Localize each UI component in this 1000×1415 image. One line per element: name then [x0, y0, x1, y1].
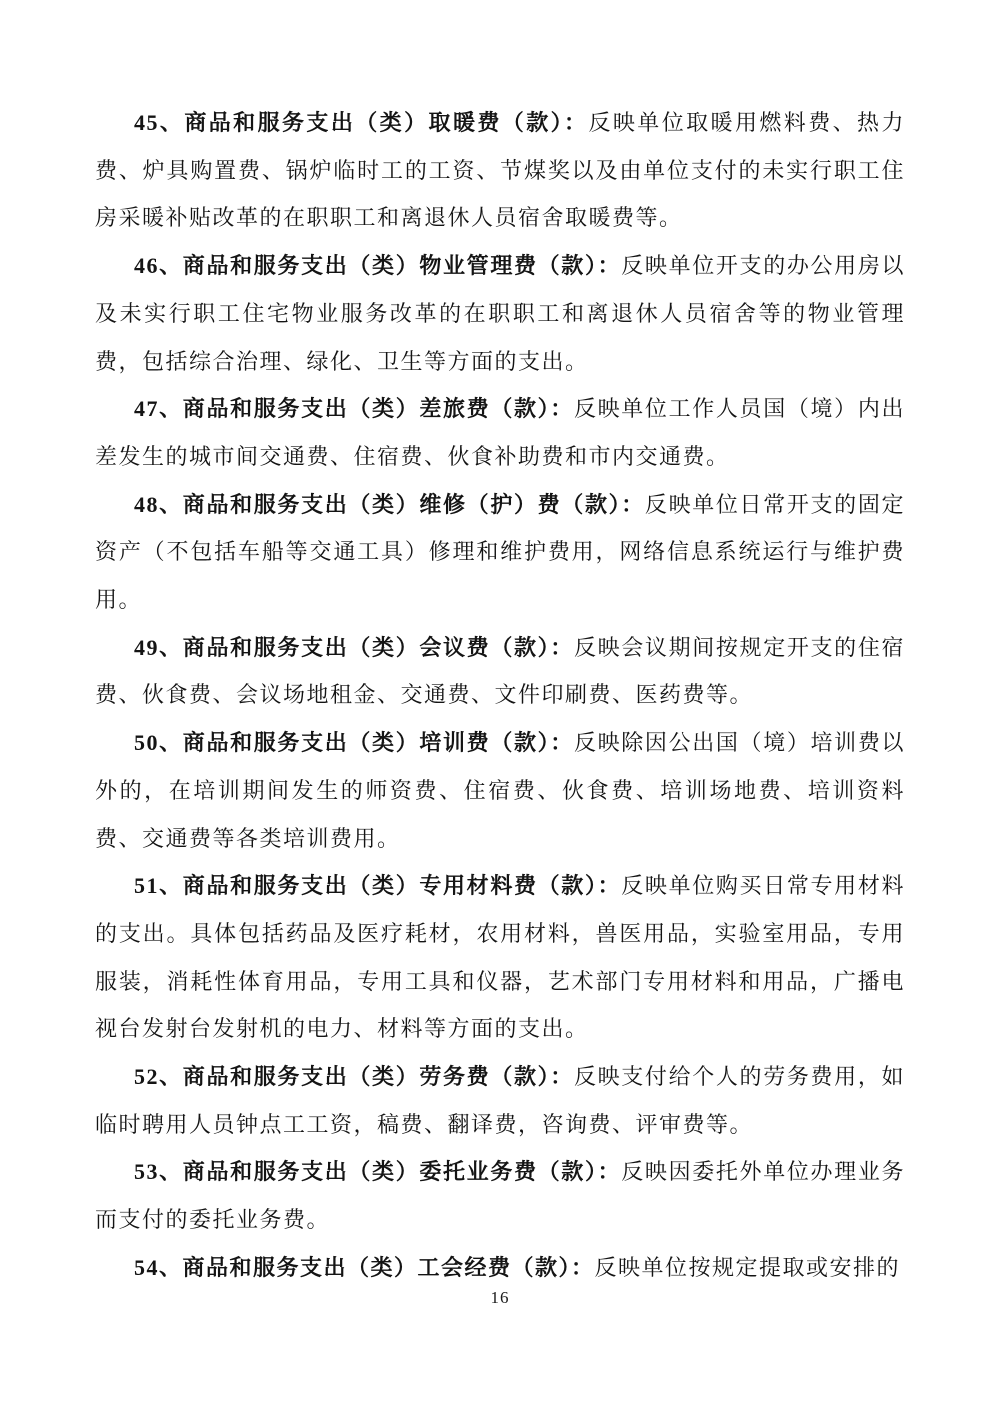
paragraph-item-45: 45、商品和服务支出（类）取暖费（款）：反映单位取暖用燃料费、热力费、炉具购置费… — [95, 99, 905, 242]
document-body: 45、商品和服务支出（类）取暖费（款）：反映单位取暖用燃料费、热力费、炉具购置费… — [95, 99, 905, 1292]
paragraph-body: 反映单位按规定提取或安排的 — [595, 1255, 901, 1280]
paragraph-item-46: 46、商品和服务支出（类）物业管理费（款）：反映单位开支的办公用房以及未实行职工… — [95, 242, 905, 385]
paragraph-heading: 48、商品和服务支出（类）维修（护）费（款）： — [134, 492, 645, 517]
paragraph-heading: 45、商品和服务支出（类）取暖费（款）： — [134, 110, 588, 135]
document-page: 45、商品和服务支出（类）取暖费（款）：反映单位取暖用燃料费、热力费、炉具购置费… — [0, 0, 1000, 1415]
paragraph-heading: 50、商品和服务支出（类）培训费（款）： — [134, 730, 574, 755]
paragraph-item-47: 47、商品和服务支出（类）差旅费（款）：反映单位工作人员国（境）内出差发生的城市… — [95, 385, 905, 480]
paragraph-heading: 54、商品和服务支出（类）工会经费（款）： — [134, 1255, 595, 1280]
paragraph-item-51: 51、商品和服务支出（类）专用材料费（款）：反映单位购买日常专用材料的支出。具体… — [95, 862, 905, 1053]
paragraph-item-48: 48、商品和服务支出（类）维修（护）费（款）：反映单位日常开支的固定资产（不包括… — [95, 481, 905, 624]
paragraph-heading: 47、商品和服务支出（类）差旅费（款）： — [134, 396, 574, 421]
paragraph-heading: 52、商品和服务支出（类）劳务费（款）： — [134, 1064, 574, 1089]
paragraph-item-54: 54、商品和服务支出（类）工会经费（款）：反映单位按规定提取或安排的 — [95, 1244, 905, 1292]
paragraph-body: 反映单位购买日常专用材料的支出。具体包括药品及医疗耗材，农用材料，兽医用品，实验… — [95, 873, 905, 1041]
paragraph-heading: 51、商品和服务支出（类）专用材料费（款）： — [134, 873, 621, 898]
paragraph-item-50: 50、商品和服务支出（类）培训费（款）：反映除因公出国（境）培训费以外的，在培训… — [95, 719, 905, 862]
paragraph-heading: 46、商品和服务支出（类）物业管理费（款）： — [134, 253, 621, 278]
paragraph-item-52: 52、商品和服务支出（类）劳务费（款）：反映支付给个人的劳务费用，如临时聘用人员… — [95, 1053, 905, 1148]
paragraph-item-53: 53、商品和服务支出（类）委托业务费（款）：反映因委托外单位办理业务而支付的委托… — [95, 1148, 905, 1243]
paragraph-item-49: 49、商品和服务支出（类）会议费（款）：反映会议期间按规定开支的住宿费、伙食费、… — [95, 624, 905, 719]
paragraph-heading: 49、商品和服务支出（类）会议费（款）： — [134, 635, 574, 660]
paragraph-heading: 53、商品和服务支出（类）委托业务费（款）： — [134, 1159, 621, 1184]
page-number: 16 — [0, 1288, 1000, 1308]
